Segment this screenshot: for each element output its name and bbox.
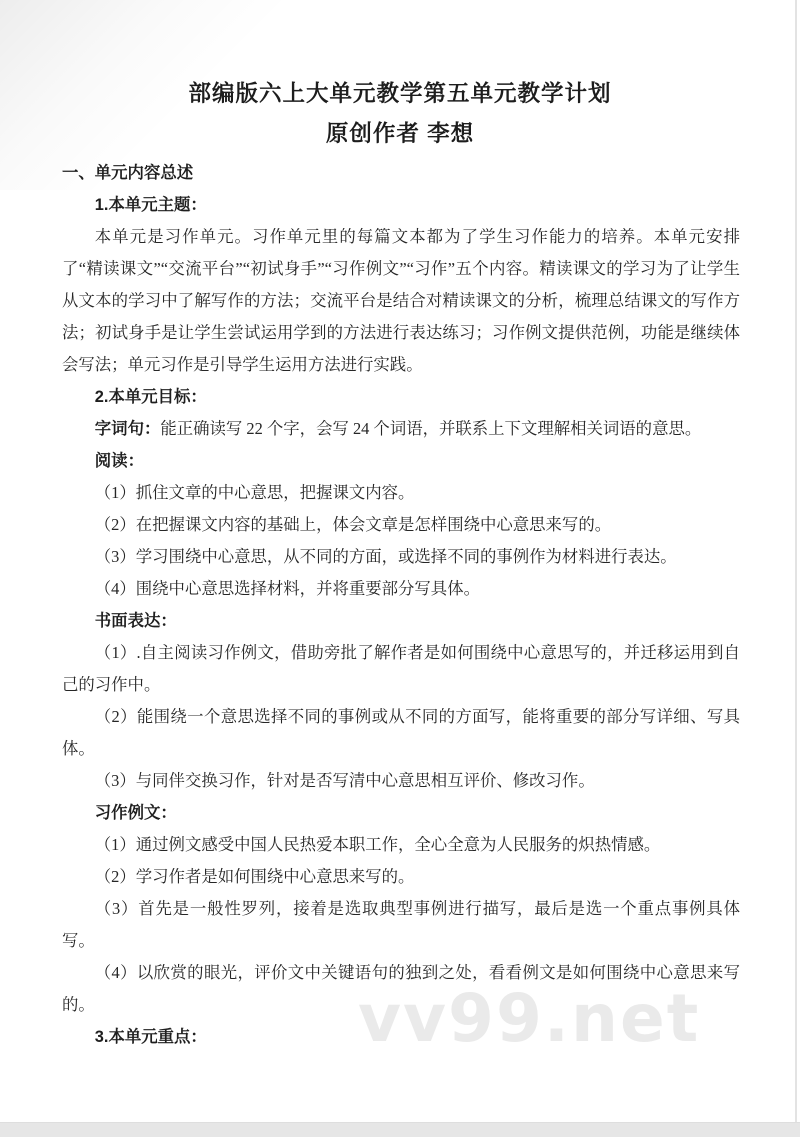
sub-heading-unit-key-points: 3.本单元重点： bbox=[62, 1021, 740, 1053]
sub-heading-reading: 阅读： bbox=[62, 445, 740, 477]
sub-heading-written-expression: 书面表达： bbox=[62, 605, 740, 637]
page-gap bbox=[0, 1122, 800, 1137]
sample-item-2: （2）学习作者是如何围绕中心意思来写的。 bbox=[62, 861, 740, 893]
document-title: 部编版六上大单元教学第五单元教学计划 bbox=[0, 74, 800, 114]
page-right-edge bbox=[795, 0, 797, 1122]
written-item-1: （1）.自主阅读习作例文，借助旁批了解作者是如何围绕中心意思写的，并迁移运用到自… bbox=[62, 637, 740, 701]
reading-item-3: （3）学习围绕中心意思，从不同的方面，或选择不同的事例作为材料进行表达。 bbox=[62, 541, 740, 573]
run-bold: 字词句： bbox=[95, 420, 161, 438]
sub-heading-unit-theme: 1.本单元主题： bbox=[62, 189, 740, 221]
document-page: vv99.net 部编版六上大单元教学第五单元教学计划 原创作者 李想 一、单元… bbox=[0, 0, 800, 1122]
document-page-view: { "page": { "watermark": "vv99.net" }, "… bbox=[0, 0, 800, 1137]
run-text: 能正确读写 22 个字，会写 24 个词语，并联系上下文理解相关词语的意思。 bbox=[160, 419, 701, 438]
written-item-2: （2）能围绕一个意思选择不同的事例或从不同的方面写，能将重要的部分写详细、写具体… bbox=[62, 701, 740, 765]
reading-item-1: （1）抓住文章的中心意思，把握课文内容。 bbox=[62, 477, 740, 509]
sub-heading-sample-essays: 习作例文： bbox=[62, 797, 740, 829]
document-title-block: 部编版六上大单元教学第五单元教学计划 原创作者 李想 bbox=[0, 0, 800, 154]
written-item-3: （3）与同伴交换习作，针对是否写清中心意思相互评价、修改习作。 bbox=[62, 765, 740, 797]
paragraph-unit-theme: 本单元是习作单元。习作单元里的每篇文本都为了学生习作能力的培养。本单元安排了“精… bbox=[62, 221, 740, 381]
sample-item-3: （3）首先是一般性罗列，接着是选取典型事例进行描写，最后是选一个重点事例具体写。 bbox=[62, 893, 740, 957]
paragraph-words: 字词句：能正确读写 22 个字，会写 24 个词语，并联系上下文理解相关词语的意… bbox=[62, 413, 740, 445]
sample-item-1: （1）通过例文感受中国人民热爱本职工作，全心全意为人民服务的炽热情感。 bbox=[62, 829, 740, 861]
section-heading-unit-overview: 一、单元内容总述 bbox=[62, 157, 740, 189]
sub-heading-unit-goals: 2.本单元目标： bbox=[62, 381, 740, 413]
reading-item-2: （2）在把握课文内容的基础上，体会文章是怎样围绕中心意思来写的。 bbox=[62, 509, 740, 541]
reading-item-4: （4）围绕中心意思选择材料，并将重要部分写具体。 bbox=[62, 573, 740, 605]
document-body: 一、单元内容总述1.本单元主题：本单元是习作单元。习作单元里的每篇文本都为了学生… bbox=[62, 157, 740, 1053]
document-author: 原创作者 李想 bbox=[0, 114, 800, 154]
sample-item-4: （4）以欣赏的眼光，评价文中关键语句的独到之处，看看例文是如何围绕中心意思来写的… bbox=[62, 957, 740, 1021]
